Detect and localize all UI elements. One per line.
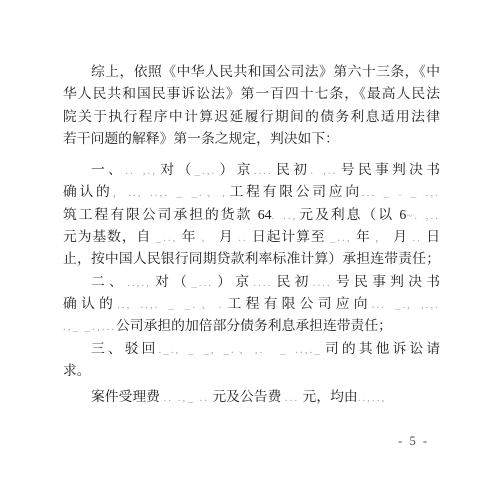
text-segment: 公司承担的加倍部分债务利息承担连带责任； <box>116 318 392 333</box>
redacted-text: 、 <box>201 232 215 244</box>
document-line: 若干问题的解释》第一条之规定，判决如下： <box>63 128 440 150</box>
text-segment: 工程有限公司应向 <box>223 296 372 311</box>
document-line: 求。 <box>63 360 440 382</box>
text-segment: 案件受理费 <box>91 389 163 404</box>
redacted-text: .... <box>313 277 332 289</box>
text-segment: 对（ <box>157 162 195 177</box>
text-segment: 日 <box>422 229 440 244</box>
redacted-text: . .., <box>272 210 298 222</box>
redacted-text: .... <box>254 165 273 177</box>
text-segment: 年 <box>177 229 200 244</box>
text-segment: 元，均由 <box>299 389 358 404</box>
document-line: 华人民共和国民事诉讼法》第一百四十七条，《最高人民法 <box>63 83 440 105</box>
document-line: .,_ _.,...公司承担的加倍部分债务利息承担连带责任； <box>63 315 440 337</box>
redacted-text: _... <box>191 277 213 289</box>
redacted-text: ..,.., <box>358 392 387 404</box>
paragraph: 三、驳回._., _ _, _.、,. _ ..,._司的其他诉讼请求。 <box>63 338 440 383</box>
redacted-text: .. ,., <box>125 165 157 177</box>
document-line: 确认的，.., ..,. _ _.、,工程有限公司应向... _ . _ .,. <box>63 181 440 203</box>
text-segment: 二、 <box>91 274 127 289</box>
text-segment: 一、 <box>91 162 125 177</box>
document-line: 综上，依照《中华人民共和国公司法》第六十三条，《中 <box>63 61 440 83</box>
text-segment: 元及公告费 <box>209 389 285 404</box>
redacted-text: ._., _ _, _.、,. _ ..,._ <box>159 344 322 356</box>
redacted-text: .,_ _.,... <box>63 321 116 333</box>
redacted-text: . ,.. <box>310 165 337 177</box>
paragraph: 综上，依照《中华人民共和国公司法》第六十三条，《中华人民共和国民事诉讼法》第一百… <box>63 61 440 150</box>
text-segment: 年 <box>352 229 375 244</box>
redacted-text: .. .,_ .. <box>163 392 209 404</box>
text-segment: 筑工程有限公司承担的货款 64 <box>63 207 272 222</box>
text-segment: 确认的 <box>63 296 117 311</box>
redacted-text: ..,., <box>127 277 151 289</box>
redacted-text: ，.., ..,. _ _.、, <box>113 187 227 199</box>
text-segment: 院关于执行程序中计算迟延履行期间的债务利息适用法律 <box>63 109 440 124</box>
document-line: 二、..,.,对（_...）京....民初....号民事判决书 <box>63 271 440 293</box>
redacted-text: .... <box>253 277 272 289</box>
redacted-text: _.., <box>156 232 178 244</box>
paragraph: 案件受理费 .. .,_ .. 元及公告费 ... 元，均由..,.., <box>63 386 440 408</box>
text-segment: 民初 <box>272 274 312 289</box>
paragraph: 一、.. ,.,对（_.,.）京....民初. ,..号民事判决书确认的，..,… <box>63 159 440 270</box>
text-segment: 若干问题的解释》第一条之规定，判决如下： <box>63 131 339 146</box>
text-segment: 号民事判决书 <box>332 274 440 289</box>
redacted-text: ... _ . _ .,. <box>362 187 440 199</box>
page-number: - 5 - <box>398 434 429 449</box>
redacted-text: _.,. <box>195 165 217 177</box>
document-line: 元为基数，自 _.., 年 、 月 .. 日起计算至 _.., 年 ， 月 ..… <box>63 226 440 248</box>
text-segment: 月 <box>389 229 412 244</box>
text-segment: 号民事判决书 <box>337 162 440 177</box>
redacted-text: _.., <box>330 232 352 244</box>
text-segment: 元及利息（以 6 <box>297 207 406 222</box>
document-line: 一、.. ,.,对（_.,.）京....民初. ,..号民事判决书 <box>63 159 440 181</box>
redacted-text: ， <box>375 232 389 244</box>
text-segment: 综上，依照《中华人民共和国公司法》第六十三条，《中 <box>91 64 440 79</box>
redacted-text: ... <box>285 392 299 404</box>
redacted-text: ... _., ,.,. <box>372 299 440 311</box>
paragraph: 二、..,.,对（_...）京....民初....号民事判决书确认的.., ..… <box>63 271 440 338</box>
text-segment: 司的其他诉讼请 <box>322 341 440 356</box>
redacted-text: .. <box>412 232 422 244</box>
text-segment: 求。 <box>63 363 91 378</box>
document-line: 确认的.., ..,. _ _.、.工程有限公司应向... _., ,.,. <box>63 293 440 315</box>
redacted-text: .., ..,. _ _.、. <box>117 299 223 311</box>
text-segment: 对（ <box>151 274 191 289</box>
document-page: 综上，依照《中华人民共和国公司法》第六十三条，《中华人民共和国民事诉讼法》第一百… <box>0 0 500 492</box>
text-segment: 工程有限公司应向 <box>227 184 362 199</box>
document-line: 止，按中国人民银行同期贷款利率标准计算）承担连带责任； <box>63 248 440 270</box>
judgment-text: 综上，依照《中华人民共和国公司法》第六十三条，《中华人民共和国民事诉讼法》第一百… <box>63 61 440 408</box>
text-segment: 止，按中国人民银行同期贷款利率标准计算）承担连带责任； <box>63 251 440 266</box>
text-segment: 三、驳回 <box>91 341 159 356</box>
text-segment: 日起计算至 <box>248 229 330 244</box>
document-line: 案件受理费 .. .,_ .. 元及公告费 ... 元，均由..,.., <box>63 386 440 408</box>
text-segment: ）京 <box>213 274 253 289</box>
document-line: 三、驳回._., _ _, _.、,. _ ..,._司的其他诉讼请 <box>63 338 440 360</box>
text-segment: 华人民共和国民事诉讼法》第一百四十七条，《最高人民法 <box>63 86 440 101</box>
document-line: 院关于执行程序中计算迟延履行期间的债务利息适用法律 <box>63 106 440 128</box>
redacted-text: .. <box>238 232 248 244</box>
redacted-text: ~. ,.. <box>406 210 440 222</box>
text-segment: 民初 <box>273 162 311 177</box>
text-segment: 月 <box>215 229 238 244</box>
text-segment: 确认的 <box>63 184 113 199</box>
text-segment: ）京 <box>216 162 254 177</box>
text-segment: 元为基数，自 <box>63 229 156 244</box>
document-line: 筑工程有限公司承担的货款 64. ..,元及利息（以 6~. ,.. <box>63 204 440 226</box>
